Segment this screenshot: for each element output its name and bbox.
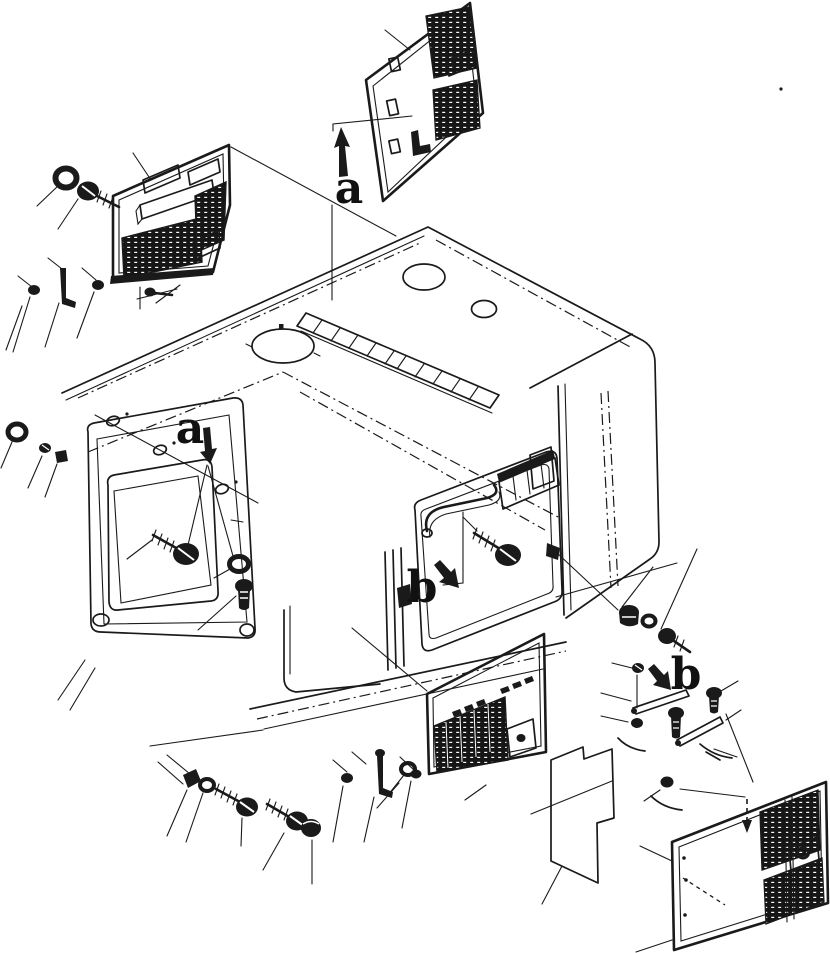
hood-top-holes: [246, 264, 497, 363]
side-grille-panel: [636, 714, 828, 952]
callout-b-center: b: [407, 560, 459, 613]
hood-top-vent: [297, 313, 499, 413]
callout-label-b-center: b: [407, 562, 438, 613]
hex-bolt-icon: [473, 528, 521, 566]
hinge-eyelet-icon: [105, 412, 237, 495]
bottom-fasteners: [158, 749, 422, 884]
callout-b-right: b: [648, 649, 701, 700]
flat-washer-icon: [1, 424, 68, 497]
callout-label-a-top: a: [335, 163, 364, 214]
callout-label-a-left: a: [176, 403, 205, 454]
front-frame: [58, 398, 255, 710]
corner-sheet: [531, 747, 614, 904]
callout-label-b-right: b: [671, 649, 702, 700]
rivet-pin-icon: [6, 258, 104, 352]
cap-nut-icon: [556, 549, 697, 652]
grab-handle-icon: [422, 485, 500, 537]
hex-bolt-icon: [152, 530, 199, 565]
flat-washer-icon: [37, 169, 77, 207]
hood-body: [62, 87, 783, 746]
screw-icon: [137, 285, 180, 309]
rear-grille-panel: [366, 3, 483, 201]
parts-diagram-page: a a b b: [0, 0, 830, 953]
exploded-diagram: a a b b: [0, 0, 830, 953]
